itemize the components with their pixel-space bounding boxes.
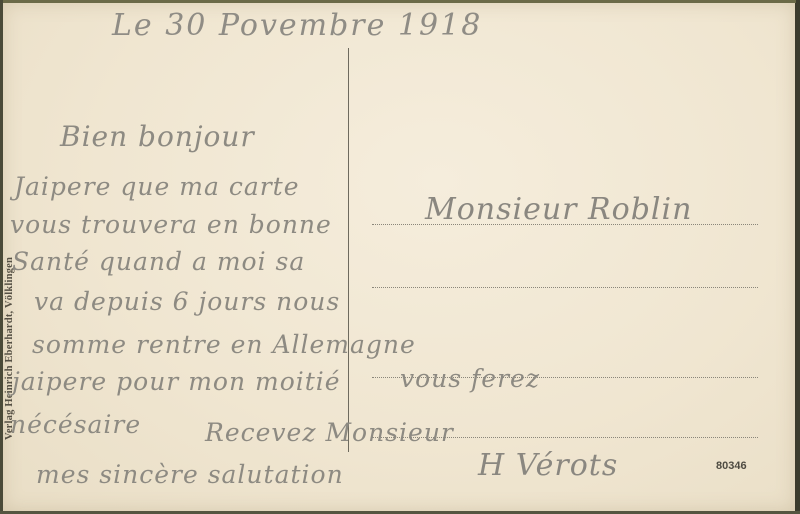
message-line-6: somme rentre en Allemagne xyxy=(32,330,416,359)
address-line-2 xyxy=(372,287,758,288)
message-line-7: jaipere pour mon moitié xyxy=(12,367,341,396)
message-line-9: mes sincère salutation xyxy=(36,460,344,489)
message-continuation: vous ferez xyxy=(400,364,540,393)
handwritten-date: Le 30 Povembre 1918 xyxy=(112,8,482,43)
message-line-3: vous trouvera en bonne xyxy=(10,210,332,239)
card-border-right xyxy=(796,0,800,514)
card-number: 80346 xyxy=(716,460,747,472)
message-line-8: nécésaire xyxy=(10,410,141,439)
message-line-1: Bien bonjour xyxy=(60,120,255,153)
signature: H Vérots xyxy=(478,448,618,483)
closing-phrase: Recevez Monsieur xyxy=(205,418,454,447)
message-address-divider xyxy=(348,48,349,452)
message-line-5: va depuis 6 jours nous xyxy=(34,287,340,316)
recipient-address: Monsieur Roblin xyxy=(425,192,692,227)
message-line-4: Santé quand a moi sa xyxy=(12,247,305,276)
message-line-2: Jaipere que ma carte xyxy=(14,172,300,201)
